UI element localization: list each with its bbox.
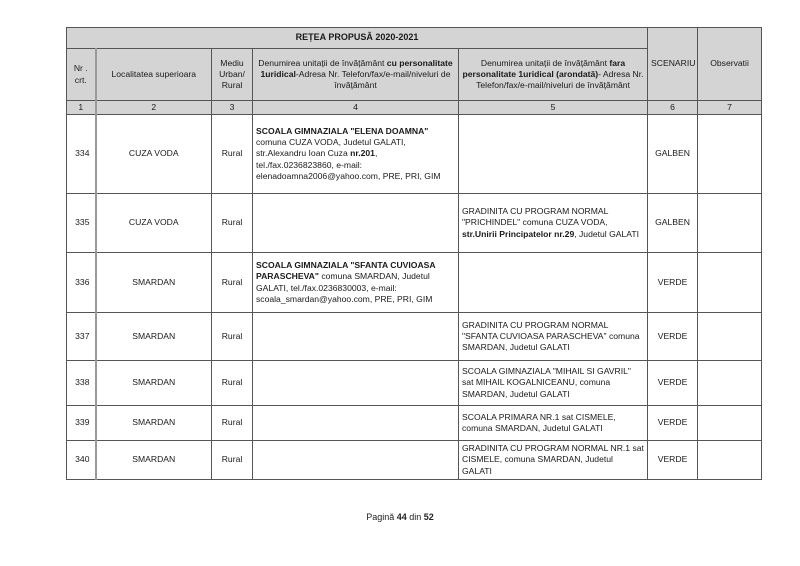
column-number: 4 (253, 101, 459, 115)
cell-unit-without-legal: SCOALA PRIMARA NR.1 sat CISMELE, comuna … (459, 406, 648, 441)
cell-unit-without-legal (459, 115, 648, 194)
cell-nr: 334 (67, 115, 96, 194)
column-number: 6 (648, 101, 698, 115)
cell-nr: 340 (67, 441, 96, 480)
table-row: 338SMARDANRuralSCOALA GIMNAZIALA "MIHAIL… (67, 361, 762, 406)
table-title: REȚEA PROPUSĂ 2020-2021 (67, 28, 648, 49)
page-footer: Pagină 44 din 52 (0, 512, 800, 522)
cell-scenariu: VERDE (648, 406, 698, 441)
header-observatii: Observatii (698, 28, 762, 101)
table-row: 335CUZA VODARuralGRADINITA CU PROGRAM NO… (67, 194, 762, 253)
cell-unit-with-legal (253, 313, 459, 361)
cell-scenariu: GALBEN (648, 194, 698, 253)
header-unit-without-legal: Denumirea unitații de învățământ fara pe… (459, 49, 648, 101)
cell-unit-with-legal: SCOALA GIMNAZIALA "ELENA DOAMNA" comuna … (253, 115, 459, 194)
table-row: 340SMARDANRuralGRADINITA CU PROGRAM NORM… (67, 441, 762, 480)
cell-scenariu: VERDE (648, 253, 698, 313)
column-number: 3 (212, 101, 253, 115)
cell-observatii (698, 194, 762, 253)
cell-localitate: SMARDAN (96, 441, 212, 480)
cell-unit-without-legal: SCOALA GIMNAZIALA "MIHAIL SI GAVRIL" sat… (459, 361, 648, 406)
table-row: 337SMARDANRuralGRADINITA CU PROGRAM NORM… (67, 313, 762, 361)
cell-observatii (698, 115, 762, 194)
cell-scenariu: VERDE (648, 441, 698, 480)
cell-unit-with-legal (253, 361, 459, 406)
table-row: 334CUZA VODARuralSCOALA GIMNAZIALA "ELEN… (67, 115, 762, 194)
table-row: 336SMARDANRuralSCOALA GIMNAZIALA "SFANTA… (67, 253, 762, 313)
cell-localitate: SMARDAN (96, 406, 212, 441)
cell-unit-without-legal: GRADINITA CU PROGRAM NORMAL NR.1 sat CIS… (459, 441, 648, 480)
cell-unit-with-legal (253, 194, 459, 253)
column-number: 1 (67, 101, 96, 115)
cell-scenariu: VERDE (648, 361, 698, 406)
cell-mediu: Rural (212, 115, 253, 194)
header-localitate: Localitatea superioara (96, 49, 212, 101)
page-total: 52 (424, 512, 434, 522)
cell-unit-without-legal: GRADINITA CU PROGRAM NORMAL "PRICHINDEL"… (459, 194, 648, 253)
table-row: 339SMARDANRuralSCOALA PRIMARA NR.1 sat C… (67, 406, 762, 441)
column-number: 2 (96, 101, 212, 115)
cell-observatii (698, 313, 762, 361)
cell-observatii (698, 406, 762, 441)
cell-unit-with-legal (253, 406, 459, 441)
cell-mediu: Rural (212, 361, 253, 406)
cell-scenariu: VERDE (648, 313, 698, 361)
cell-nr: 339 (67, 406, 96, 441)
cell-localitate: SMARDAN (96, 361, 212, 406)
cell-unit-with-legal (253, 441, 459, 480)
school-network-table: REȚEA PROPUSĂ 2020-2021 SCENARIU Observa… (66, 27, 762, 480)
cell-localitate: SMARDAN (96, 253, 212, 313)
cell-observatii (698, 361, 762, 406)
cell-nr: 335 (67, 194, 96, 253)
header-mediu: Mediu Urban/ Rural (212, 49, 253, 101)
cell-unit-with-legal: SCOALA GIMNAZIALA "SFANTA CUVIOASA PARAS… (253, 253, 459, 313)
cell-mediu: Rural (212, 406, 253, 441)
cell-localitate: CUZA VODA (96, 194, 212, 253)
cell-mediu: Rural (212, 194, 253, 253)
cell-nr: 337 (67, 313, 96, 361)
header-unit-with-legal: Denumirea unitații de învățământ cu pers… (253, 49, 459, 101)
cell-mediu: Rural (212, 253, 253, 313)
cell-unit-without-legal (459, 253, 648, 313)
column-numbers-row: 1 2 3 4 5 6 7 (67, 101, 762, 115)
cell-observatii (698, 253, 762, 313)
column-number: 7 (698, 101, 762, 115)
cell-nr: 336 (67, 253, 96, 313)
column-number: 5 (459, 101, 648, 115)
cell-unit-without-legal: GRADINITA CU PROGRAM NORMAL "SFANTA CUVI… (459, 313, 648, 361)
cell-mediu: Rural (212, 441, 253, 480)
cell-nr: 338 (67, 361, 96, 406)
cell-observatii (698, 441, 762, 480)
header-scenariu: SCENARIU (648, 28, 698, 101)
header-nr-crt: Nr . crt. (67, 49, 96, 101)
cell-scenariu: GALBEN (648, 115, 698, 194)
cell-mediu: Rural (212, 313, 253, 361)
cell-localitate: SMARDAN (96, 313, 212, 361)
cell-localitate: CUZA VODA (96, 115, 212, 194)
page-number: 44 (397, 512, 407, 522)
